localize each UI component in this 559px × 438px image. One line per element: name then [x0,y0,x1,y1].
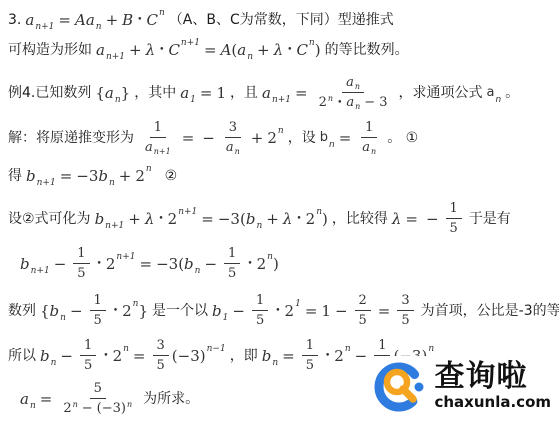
logo-name: 查询啦 [434,361,527,393]
magnifier-icon [372,356,430,416]
fraction: 15 [446,200,462,237]
text-run: 解：将原递推变形为 [8,127,134,149]
formula: an [486,81,501,105]
logo-domain: chaxunla.com [434,394,551,411]
fraction: 15 [224,245,240,282]
line-lambda-compare: 设②式可化为bn+1+λ•2n+1=−3(bn+λ•2n)，比较得λ=−15于是… [8,200,555,237]
document: 3.an+1=Aan+B•Cn（A、B、C为常数，下同）型递推式可构造为形如an… [0,0,559,417]
formula: bn+1=−3bn+2n [26,164,152,188]
formula: a1=1 [180,81,226,105]
formula: λ=−15 [392,200,465,237]
formula: {an} [95,81,130,105]
formula: 1an+1=−3an+2n [138,119,284,156]
fraction: 1an [358,119,380,156]
formula: b1−15•21=1−25=35 [212,292,417,329]
fraction: 15 [90,292,106,329]
line-solution-transform: 解：将原递推变形为1an+1=−3an+2n，设bn=1an。 ① [8,119,555,156]
text-run: ，求通项公式 [398,82,482,104]
line-rule-3-construct: 可构造为形如an+1+λ•Cn+1=A(an+λ•Cn)的等比数列。 [8,38,555,62]
line-rule-3: 3.an+1=Aan+B•Cn（A、B、C为常数，下同）型递推式 [8,8,555,32]
formula: bn−15•2n=35(−3)n−1 [40,337,226,374]
text-run: 可构造为形如 [8,39,92,61]
chaxunla-logo: 查询啦 chaxunla.com [372,356,551,416]
formula: {bn−15•2n} [40,292,148,329]
line-geometric-form: bn+1−15•2n+1=−3(bn−15•2n) [8,245,555,282]
formula: bn+1−15•2n+1=−3(bn−15•2n) [20,245,279,282]
formula: an=52n−(−3)n [20,380,139,417]
line-example-4: 例4.已知数列{an}，其中a1=1，且an+1=an2n•an−3，求通项公式… [8,74,555,111]
fraction: 52n−(−3)n [59,380,136,417]
line-equation-2: 得bn+1=−3bn+2n ② [8,164,555,188]
logo-text: 查询啦 chaxunla.com [434,361,551,411]
text-run: ② [156,165,177,187]
fraction: an2n•an−3 [315,74,392,111]
text-run: ，即 [230,345,258,367]
formula: bn=1an [320,119,383,156]
formula: an+1=an2n•an−3 [262,74,394,111]
fraction: 35 [397,292,413,329]
fraction: 15 [73,245,89,282]
text-run: 所以 [8,345,36,367]
fraction: 35 [153,337,169,374]
formula: an+1=Aan+B•Cn [25,8,164,32]
text-run: ，其中 [134,82,176,104]
fraction: 1an+1 [141,119,175,156]
fraction: 15 [80,337,96,374]
fraction: 15 [302,337,318,374]
text-run: 是一个以 [152,300,208,322]
text-run: （A、B、C为常数，下同）型递推式 [169,9,394,31]
fraction: 25 [355,292,371,329]
text-run: 于是有 [469,208,511,230]
text-run: 。 ① [387,127,418,149]
text-run: 得 [8,165,22,187]
text-run: 为首项，公比是-3的等比数列。 [421,300,559,322]
line-first-term: 数列{bn−15•2n}是一个以b1−15•21=1−25=35为首项，公比是-… [8,292,555,329]
text-run: 为所求。 [143,388,199,410]
fraction: 15 [252,292,268,329]
fraction: 3an [222,119,244,156]
text-run: 。 [505,82,519,104]
text-run: 3. [8,9,21,31]
formula: an+1+λ•Cn+1=A(an+λ•Cn) [96,38,321,62]
text-run: ，比较得 [332,208,388,230]
text-run: 例4.已知数列 [8,82,91,104]
formula: bn+1+λ•2n+1=−3(bn+λ•2n) [95,207,328,231]
text-run: ，且 [230,82,258,104]
text-run: 数列 [8,300,36,322]
text-run: 的等比数列。 [325,39,409,61]
text-run: ，设 [288,127,316,149]
text-run: 设②式可化为 [8,208,91,230]
